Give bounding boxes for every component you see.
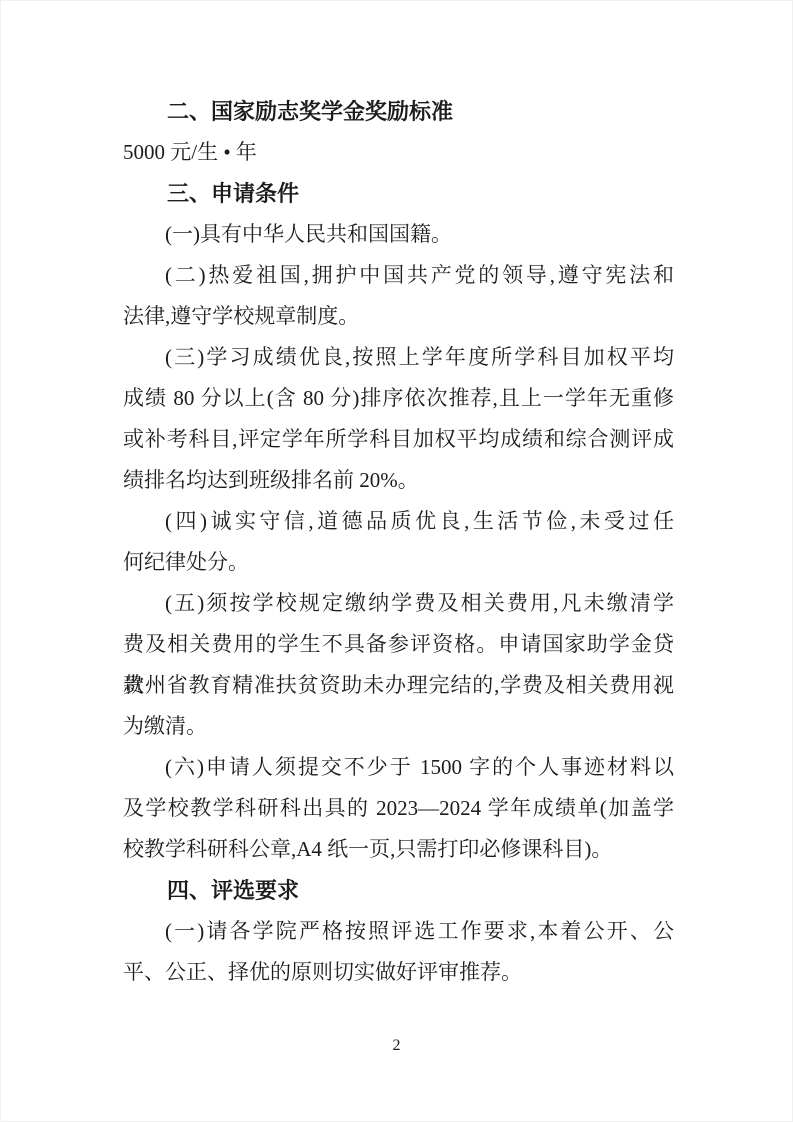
text-line: (六)申请人须提交不少于 1500 字的个人事迹材料以 [123, 747, 674, 788]
text-line: 费及相关费用的学生不具备参评资格。申请国家助学金贷款、 [123, 624, 674, 665]
page-number: 2 [393, 1037, 401, 1054]
text-line: 或补考科目,评定学年所学科目加权平均成绩和综合测评成 [123, 419, 674, 460]
section-heading: 四、评选要求 [123, 870, 674, 911]
text-line: (二)热爱祖国,拥护中国共产党的领导,遵守宪法和 [123, 255, 674, 296]
text-line: 绩排名均达到班级排名前 20%。 [123, 460, 674, 501]
document-body: 二、国家励志奖学金奖励标准5000 元/生 • 年三、申请条件(一)具有中华人民… [123, 91, 674, 993]
section-heading: 二、国家励志奖学金奖励标准 [123, 91, 674, 132]
section-heading: 三、申请条件 [123, 173, 674, 214]
text-line: 5000 元/生 • 年 [123, 132, 674, 173]
text-line: (一)具有中华人民共和国国籍。 [123, 214, 674, 255]
text-line: 法律,遵守学校规章制度。 [123, 296, 674, 337]
text-line: 及学校教学科研科出具的 2023—2024 学年成绩单(加盖学 [123, 788, 674, 829]
text-line: 贵州省教育精准扶贫资助未办理完结的,学费及相关费用视 [123, 665, 674, 706]
text-line: 成绩 80 分以上(含 80 分)排序依次推荐,且上一学年无重修 [123, 378, 674, 419]
text-line: (一)请各学院严格按照评选工作要求,本着公开、公 [123, 911, 674, 952]
text-line: 校教学科研科公章,A4 纸一页,只需打印必修课科目)。 [123, 829, 674, 870]
text-line: 为缴清。 [123, 706, 674, 747]
text-line: (五)须按学校规定缴纳学费及相关费用,凡未缴清学 [123, 583, 674, 624]
text-line: (三)学习成绩优良,按照上学年度所学科目加权平均 [123, 337, 674, 378]
text-line: (四)诚实守信,道德品质优良,生活节俭,未受过任 [123, 501, 674, 542]
text-line: 平、公正、择优的原则切实做好评审推荐。 [123, 952, 674, 993]
text-line: 何纪律处分。 [123, 542, 674, 583]
page-footer: 2 [1, 1035, 792, 1057]
document-page: 二、国家励志奖学金奖励标准5000 元/生 • 年三、申请条件(一)具有中华人民… [0, 0, 793, 1122]
